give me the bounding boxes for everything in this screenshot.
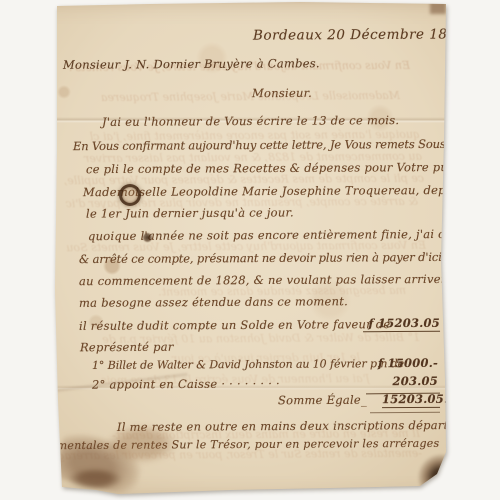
letter-paper: En Vous confirmant aujourd'huy cette let… (0, 0, 500, 500)
body-line: le 1er Juin dernier jusqu'à ce jour. (86, 205, 294, 220)
balance-amount: f 15203.05 (363, 316, 440, 332)
bottom-right-corner-stain (416, 450, 452, 488)
body-line: En Vous confirmant aujourd'huy cette let… (73, 137, 446, 153)
account-item-2-label: 2° appoint en Caisse · · · · · · · · (92, 376, 280, 391)
body-line: Mademoiselle Leopoldine Marie Josephine … (83, 183, 464, 199)
body-line: J'ai eu l'honneur de Vous écrire le 13 d… (102, 113, 399, 129)
salutation: Monsieur. (252, 86, 312, 100)
letter-paper-wrapper: En Vous confirmant aujourd'huy cette let… (0, 0, 500, 500)
ink-bleedthrough-line: Mademoiselle Leopoldine Marie Josephine … (100, 89, 400, 104)
represented-by-line: Représenté par (80, 340, 174, 355)
bottom-left-stain (68, 468, 122, 490)
total-label: Somme Égale_ (278, 393, 367, 408)
body-line: ce pli le compte de mes Recettes & dépen… (86, 160, 478, 176)
closing-line: -ementales de rentes Sur le Trésor, pour… (46, 437, 439, 452)
body-line: & arrêté ce compte, présumant ne devoir … (79, 250, 442, 266)
body-line: au commencement de 1828, & ne voulant pa… (79, 272, 447, 288)
account-item-1-amount: f 15000.- (378, 356, 438, 370)
account-item-1-label: 1° Billet de Walter & David Johnston au … (92, 357, 404, 372)
body-line: ma besogne assez étendue dans ce moment. (79, 294, 348, 310)
addressee-line: Monsieur J. N. Dornier Bruyère à Cambes. (63, 56, 320, 72)
body-line: quoique l'année ne soit pas encore entiè… (88, 227, 462, 243)
closing-line: Il me reste en outre en mains deux inscr… (117, 418, 453, 434)
scan-background: En Vous confirmant aujourd'huy cette let… (0, 0, 500, 500)
account-item-2-amount: 203.05 (392, 374, 438, 388)
dateline: Bordeaux 20 Décembre 1827_ (253, 26, 473, 43)
total-underline (370, 412, 440, 414)
dotted-leader: · · · · · · · · (221, 376, 280, 390)
top-right-edge-stain (430, 2, 446, 14)
account-item-2-text: 2° appoint en Caisse (92, 377, 217, 392)
total-amount: 15203.05. (382, 392, 440, 408)
balance-statement-line: il résulte dudit compte un Solde en Votr… (79, 317, 391, 333)
